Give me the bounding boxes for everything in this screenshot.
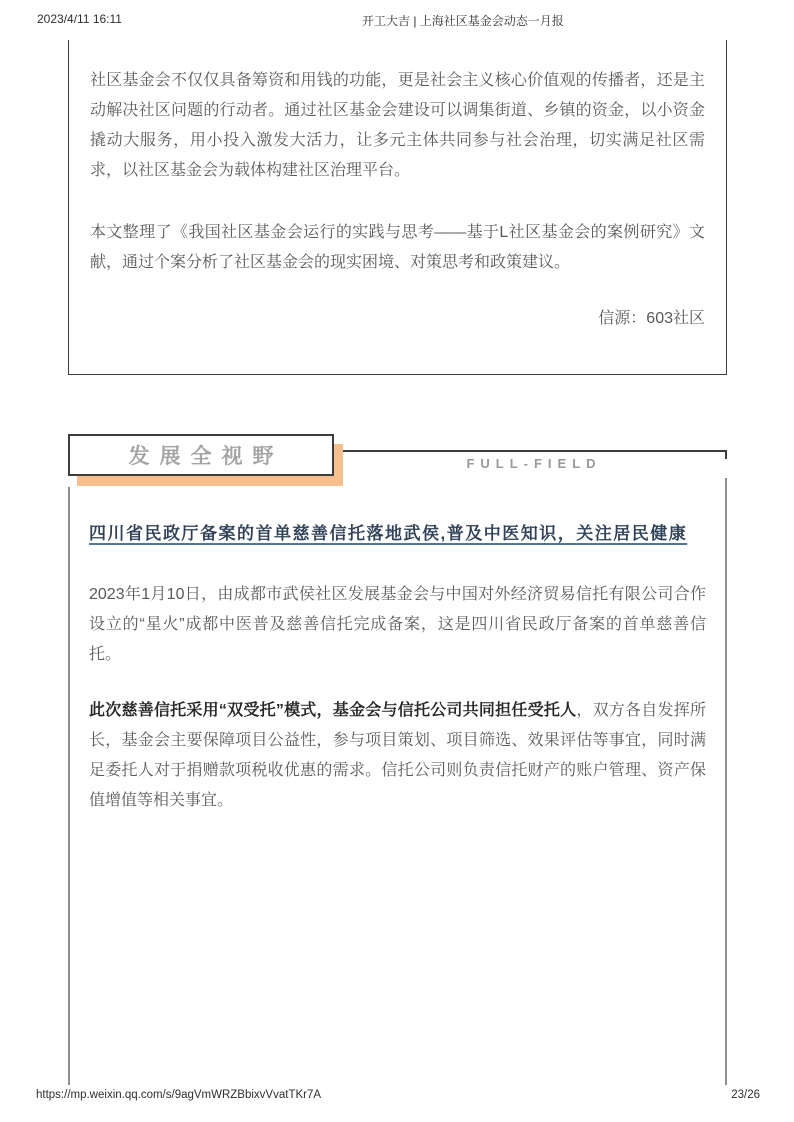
footer-url: https://mp.weixin.qq.com/s/9agVmWRZBbixv… bbox=[36, 1089, 321, 1101]
news-article-box: 四川省民政厅备案的首单慈善信托落地武侯,普及中医知识，关注居民健康 2023年1… bbox=[70, 452, 725, 816]
intro-paragraph-2: 本文整理了《我国社区基金会运行的实践与思考——基于L社区基金会的案例研究》文献，… bbox=[90, 218, 705, 278]
print-document-title: 开工大吉 | 上海社区基金会动态一月报 bbox=[362, 12, 564, 29]
source-credit: 信源：603社区 bbox=[90, 304, 705, 334]
intro-paragraph-1: 社区基金会不仅仅具备筹资和用钱的功能，更是社会主义核心价值观的传播者，还是主动解… bbox=[90, 66, 705, 186]
news-paragraph-2: 此次慈善信托采用“双受托”模式，基金会与信托公司共同担任受托人，双方各自发挥所长… bbox=[89, 696, 706, 816]
printed-page: 2023/4/11 16:11 开工大吉 | 上海社区基金会动态一月报 社区基金… bbox=[0, 0, 794, 1122]
news-paragraph-2-bold: 此次慈善信托采用“双受托”模式，基金会与信托公司共同担任受托人 bbox=[89, 702, 576, 719]
news-headline: 四川省民政厅备案的首单慈善信托落地武侯,普及中医知识，关注居民健康 bbox=[89, 522, 706, 546]
print-timestamp: 2023/4/11 16:11 bbox=[37, 12, 122, 26]
news-box-right-border bbox=[725, 478, 727, 1085]
news-headline-link[interactable]: 四川省民政厅备案的首单慈善信托落地武侯,普及中医知识，关注居民健康 bbox=[89, 524, 687, 543]
news-paragraph-1: 2023年1月10日，由成都市武侯社区发展基金会与中国对外经济贸易信托有限公司合… bbox=[89, 580, 706, 670]
page-indicator: 23/26 bbox=[731, 1089, 760, 1101]
intro-article-box: 社区基金会不仅仅具备筹资和用钱的功能，更是社会主义核心价值观的传播者，还是主动解… bbox=[68, 40, 727, 375]
